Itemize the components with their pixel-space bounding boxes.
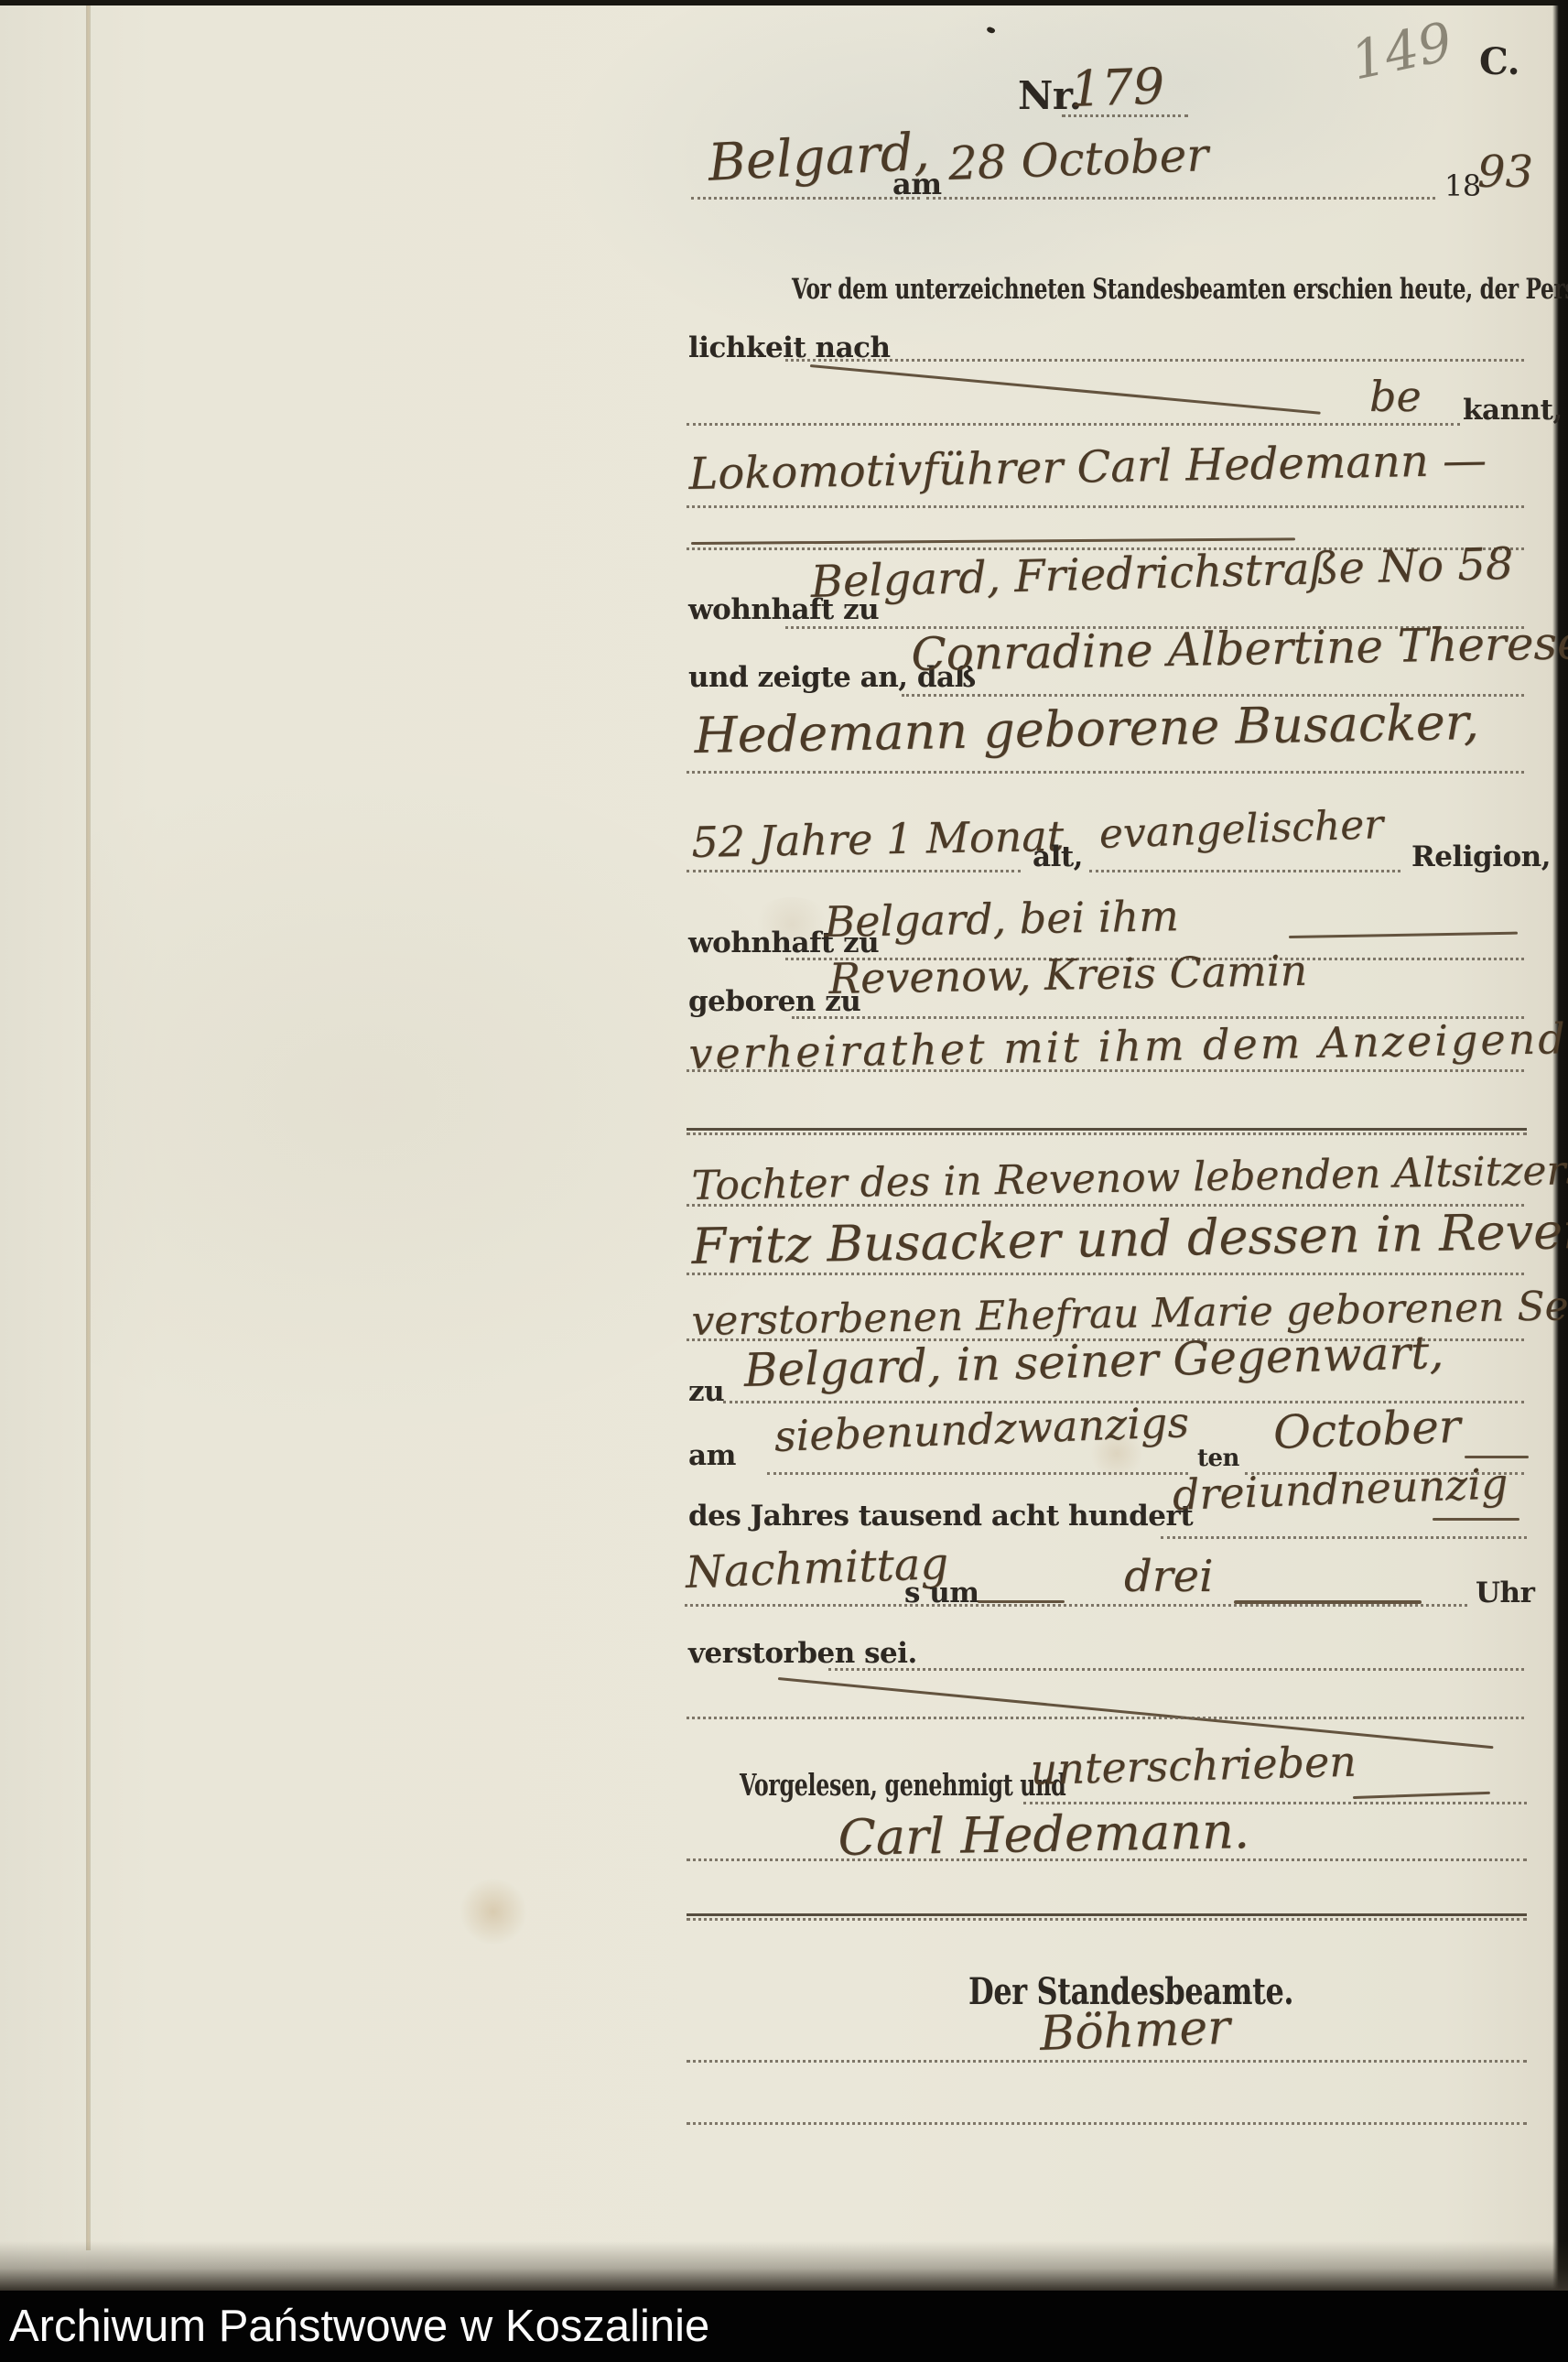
death-day-rule [767, 1472, 1188, 1475]
religion-label: Religion, [1411, 840, 1551, 873]
dateline-year-hand: 93 [1477, 146, 1533, 198]
closing-rule [828, 1668, 1524, 1671]
parents-line1: Tochter des in Revenow lebenden Altsitze… [691, 1147, 1568, 1209]
death-year-rule [1161, 1536, 1527, 1539]
attestation-hand: unterschrieben [1030, 1737, 1357, 1794]
death-month-value: October [1272, 1400, 1462, 1459]
section-divider-dots [687, 1918, 1527, 1921]
signature-rule [687, 1858, 1527, 1861]
declarant-line [687, 505, 1524, 508]
intro-line1: Vor dem unterzeichneten Standesbeamten e… [792, 273, 1568, 306]
registrar-rule2 [687, 2122, 1527, 2125]
bekannt-hand-fragment: be [1369, 372, 1422, 421]
ink-filler-stroke [978, 1600, 1065, 1603]
birthplace-value: Revenow, Kreis Camin [828, 946, 1308, 1003]
deceased-name-line2: Hedemann geborene Busacker, [694, 693, 1479, 764]
identity-blank-line2 [687, 423, 1460, 426]
scan-top-edge [0, 0, 1568, 5]
book-gutter-shadow [0, 2241, 1568, 2291]
blank-line [687, 1717, 1524, 1719]
attestation-printed: Vorgelesen, genehmigt und [740, 1767, 1065, 1803]
religion-rule [1089, 870, 1400, 872]
religion-value: evangelischer [1098, 801, 1384, 858]
section-divider-dots [687, 1132, 1527, 1135]
death-year-value: dreiundneunzig [1172, 1458, 1509, 1520]
section-divider [687, 1128, 1527, 1131]
death-uhr-label: Uhr [1476, 1576, 1534, 1609]
archive-name-label: Archiwum Państwowe w Koszalinie [9, 2301, 709, 2352]
ink-filler-stroke [691, 537, 1295, 545]
ink-cancel-stroke [778, 1677, 1494, 1749]
ink-filler-stroke [1465, 1456, 1529, 1458]
marriage-rule [687, 1069, 1524, 1072]
notice-line2-rule [687, 771, 1524, 774]
death-record-scan: Nr. 179 149 C. Belgard, am 28 October 18… [0, 0, 1568, 2362]
dateline-date-line [926, 197, 1435, 200]
death-time-rule [685, 1604, 1467, 1607]
corner-letter: C. [1479, 40, 1519, 83]
declarant-name-line: Lokomotivführer Carl Hedemann — [688, 435, 1487, 500]
residence2-value: Belgard, bei ihm [824, 891, 1179, 947]
death-am-label: am [688, 1439, 736, 1472]
age-rule [687, 870, 1021, 872]
identity-blank-line [785, 359, 1524, 362]
dateline-am-label: am [892, 167, 942, 201]
left-page-margin [0, 5, 86, 2291]
record-number-value: 179 [1069, 57, 1165, 118]
death-zu-label: zu [688, 1375, 724, 1408]
death-closing: verstorben sei. [688, 1637, 917, 1670]
death-year-labels: des Jahres tausend acht hundert [688, 1500, 1193, 1533]
ink-speck [986, 26, 996, 34]
dateline-date: 28 October [947, 128, 1209, 190]
bekannt-print-fragment: kannt, [1463, 394, 1563, 427]
registrar-rule1 [687, 2060, 1527, 2063]
ink-filler-stroke [1289, 932, 1518, 938]
ink-filler-stroke [1353, 1792, 1490, 1799]
declarant-signature: Carl Hedemann. [838, 1802, 1249, 1867]
scan-right-edge [1552, 0, 1568, 2291]
death-hour-value: drei [1124, 1551, 1213, 1602]
page-fold-line [86, 5, 91, 2250]
registrar-signature: Böhmer [1039, 2000, 1231, 2062]
paper-stain [458, 1879, 529, 1945]
parents-rule2 [687, 1273, 1524, 1275]
deceased-name-line1: Conradine Albertine Therese [911, 616, 1568, 681]
parents-line2: Fritz Busacker und dessen in Revenow [691, 1200, 1568, 1275]
archive-watermark-bar: Archiwum Państwowe w Koszalinie [0, 2291, 1568, 2362]
ink-filler-stroke [1433, 1518, 1519, 1521]
section-divider [687, 1913, 1527, 1916]
dateline-place-line [691, 197, 920, 200]
dateline-year-printed: 18 [1444, 168, 1481, 203]
ink-cancel-stroke [810, 364, 1321, 415]
age-value: 52 Jahre 1 Monat [691, 811, 1065, 867]
pencil-folio-number: 149 [1346, 10, 1457, 92]
alt-label: alt, [1033, 840, 1083, 873]
